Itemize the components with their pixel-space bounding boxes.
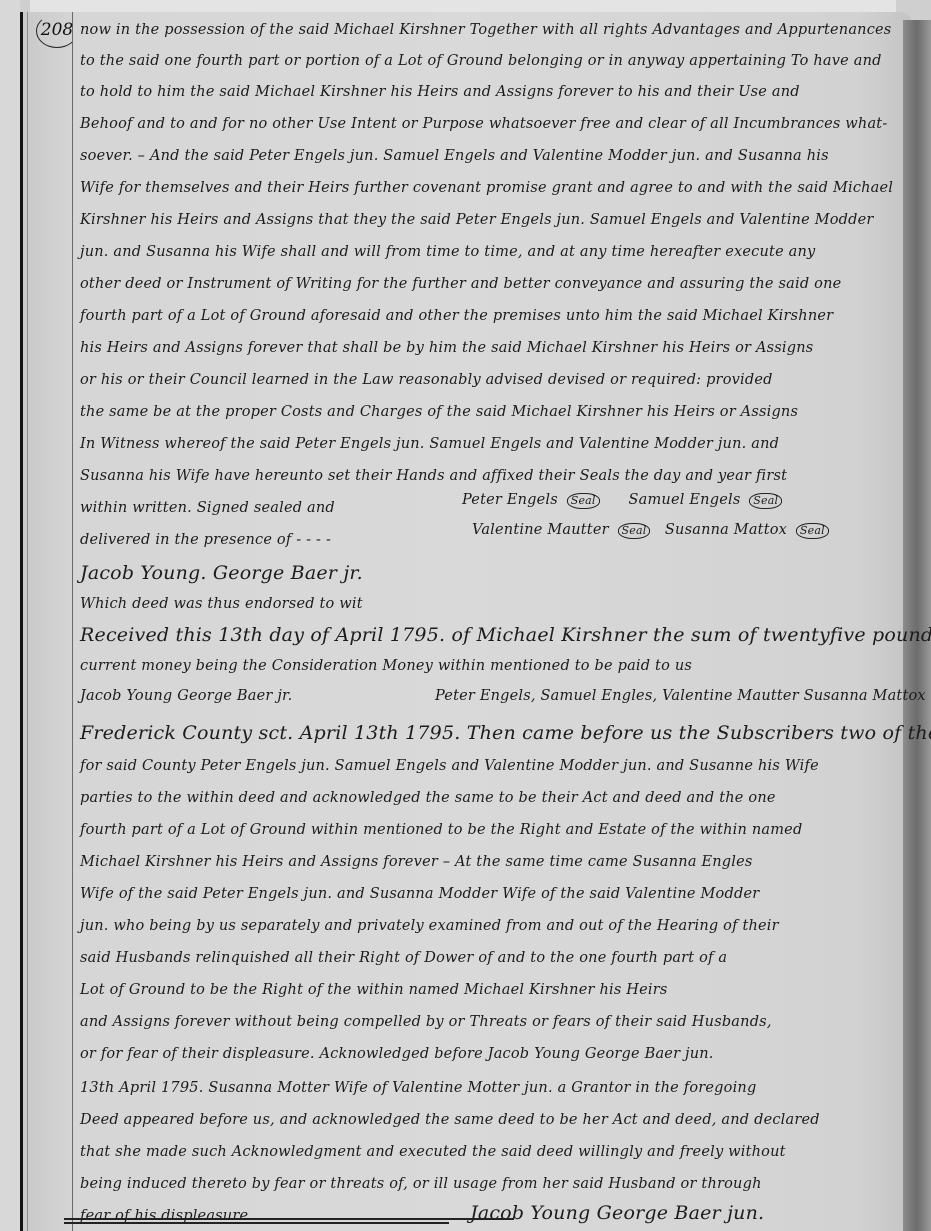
text-line: to hold to him the said Michael Kirshner… [80,84,800,100]
seal-icon: Seal [796,523,829,539]
receipt-heading: Received this 13th day of April 1795. of… [80,624,931,646]
witness-signatures: Jacob Young. George Baer jr. [80,562,363,584]
seal-icon: Seal [567,493,600,509]
signature-samuel-engels: Samuel Engels [629,492,741,508]
text-line: fourth part of a Lot of Ground within me… [80,822,802,838]
signature-valentine-mautter: Valentine Mautter [472,522,609,538]
text-line: within written. Signed sealed and [80,500,335,516]
closing-rule [64,1218,514,1220]
text-line: Wife for themselves and their Heirs furt… [80,180,893,196]
text-line: Susanna his Wife have hereunto set their… [80,468,787,484]
signature-susanna-mattox: Susanna Mattox [665,522,787,538]
text-line: parties to the within deed and acknowled… [80,790,776,806]
text-line: Lot of Ground to be the Right of the wit… [80,982,668,998]
text-line: Which deed was thus endorsed to wit [80,596,363,612]
text-line: Behoof and to and for no other Use Inten… [80,116,887,132]
acknowledgment-heading: Frederick County sct. April 13th 1795. T… [80,722,931,744]
grantor-signatures-row1: Peter Engels Seal Samuel Engels Seal [462,492,782,509]
binding-rule [27,12,28,1231]
text-line: said Husbands relinquished all their Rig… [80,950,727,966]
text-line: jun. and Susanna his Wife shall and will… [80,244,815,260]
text-line: or his or their Council learned in the L… [80,372,773,388]
text-line: In Witness whereof the said Peter Engels… [80,436,779,452]
justices-signature: Jacob Young George Baer jun. [470,1202,764,1224]
text-line: to the said one fourth part or portion o… [80,53,882,69]
scan-left-margin [0,0,20,1231]
text-line: for said County Peter Engels jun. Samuel… [80,758,819,774]
text-line: his Heirs and Assigns forever that shall… [80,340,813,356]
receipt-witnesses: Jacob Young George Baer jr. [80,688,292,704]
text-line: 13th April 1795. Susanna Motter Wife of … [80,1080,756,1096]
text-line: current money being the Consideration Mo… [80,658,692,674]
text-line: Wife of the said Peter Engels jun. and S… [80,886,759,902]
text-line: fourth part of a Lot of Ground aforesaid… [80,308,833,324]
text-line: that she made such Acknowledgment and ex… [80,1144,786,1160]
receipt-signers: Peter Engels, Samuel Engles, Valentine M… [435,688,926,704]
closing-rule [64,1222,449,1224]
margin-rule [72,12,73,1231]
seal-icon: Seal [749,493,782,509]
text-line: the same be at the proper Costs and Char… [80,404,798,420]
text-line: Deed appeared before us, and acknowledge… [80,1112,820,1128]
text-line: or for fear of their displeasure. Acknow… [80,1046,714,1062]
page-number: 208 [36,14,78,48]
text-line: being induced thereto by fear or threats… [80,1176,762,1192]
text-line: Michael Kirshner his Heirs and Assigns f… [80,854,753,870]
grantor-signatures-row2: Valentine Mautter Seal Susanna Mattox Se… [472,522,829,539]
text-line: other deed or Instrument of Writing for … [80,276,841,292]
signature-peter-engels: Peter Engels [462,492,558,508]
text-line: delivered in the presence of - - - - [80,532,331,548]
text-line: and Assigns forever without being compel… [80,1014,772,1030]
seal-icon: Seal [618,523,651,539]
text-line: jun. who being by us separately and priv… [80,918,779,934]
text-line: Kirshner his Heirs and Assigns that they… [80,212,874,228]
text-line: soever. – And the said Peter Engels jun.… [80,148,829,164]
text-line: now in the possession of the said Michae… [80,22,891,38]
